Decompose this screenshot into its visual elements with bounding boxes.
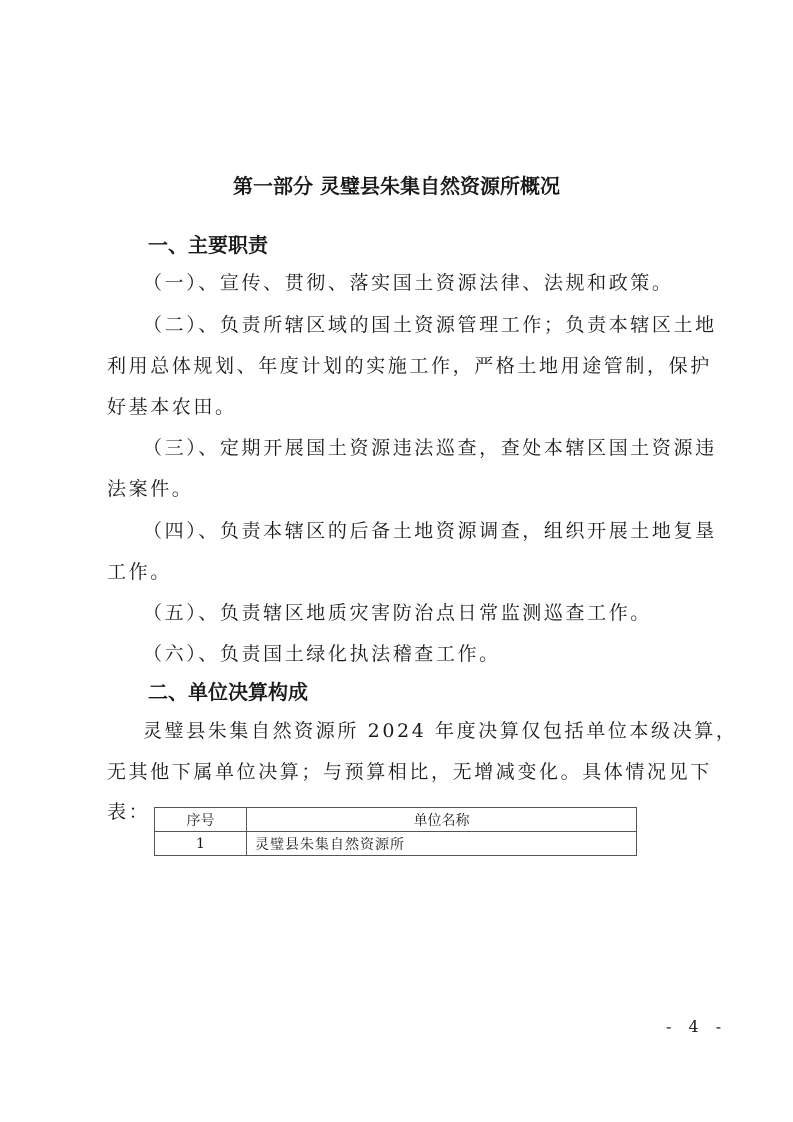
duty-line-6: （六）、负责国土绿化执法稽查工作。 <box>143 639 501 666</box>
duty-line-2-end: 好基本农田。 <box>107 392 237 419</box>
duty-line-1: （一）、宣传、贯彻、落实国土资源法律、法规和政策。 <box>143 268 674 295</box>
table-header-row: 序号 单位名称 <box>155 808 637 832</box>
page-number: - 4 - <box>666 1017 727 1036</box>
unit-table: 序号 单位名称 1 灵璧县朱集自然资源所 <box>154 807 637 856</box>
cell-unit-name: 灵璧县朱集自然资源所 <box>247 832 637 856</box>
duty-line-5: （五）、负责辖区地质灾害防治点日常监测巡查工作。 <box>143 598 652 625</box>
duty-line-2-cont: 利用总体规划、年度计划的实施工作，严格土地用途管制，保护 <box>107 351 712 378</box>
duty-line-3: （三）、定期开展国土资源违法巡查，查处本辖区国土资源违 <box>143 433 717 460</box>
duty-line-2: （二）、负责所辖区域的国土资源管理工作；负责本辖区土地 <box>143 310 717 337</box>
page-title: 第一部分 灵璧县朱集自然资源所概况 <box>0 170 793 199</box>
section-heading-budget-composition: 二、单位决算构成 <box>148 676 308 705</box>
section-heading-main-duties: 一、主要职责 <box>148 229 268 258</box>
cell-index: 1 <box>155 832 247 856</box>
composition-line-1: 灵璧县朱集自然资源所 2024 年度决算仅包括单位本级决算， <box>143 716 737 743</box>
table-row: 1 灵璧县朱集自然资源所 <box>155 832 637 856</box>
duty-line-4: （四）、负责本辖区的后备土地资源调查，组织开展土地复垦 <box>143 516 717 543</box>
composition-line-2: 无其他下属单位决算；与预算相比，无增减变化。具体情况见下 <box>107 757 712 784</box>
column-header-index: 序号 <box>155 808 247 832</box>
duty-line-3-end: 法案件。 <box>107 474 193 501</box>
composition-line-3: 表： <box>107 797 150 824</box>
duty-line-4-end: 工作。 <box>107 557 172 584</box>
column-header-unit-name: 单位名称 <box>247 808 637 832</box>
